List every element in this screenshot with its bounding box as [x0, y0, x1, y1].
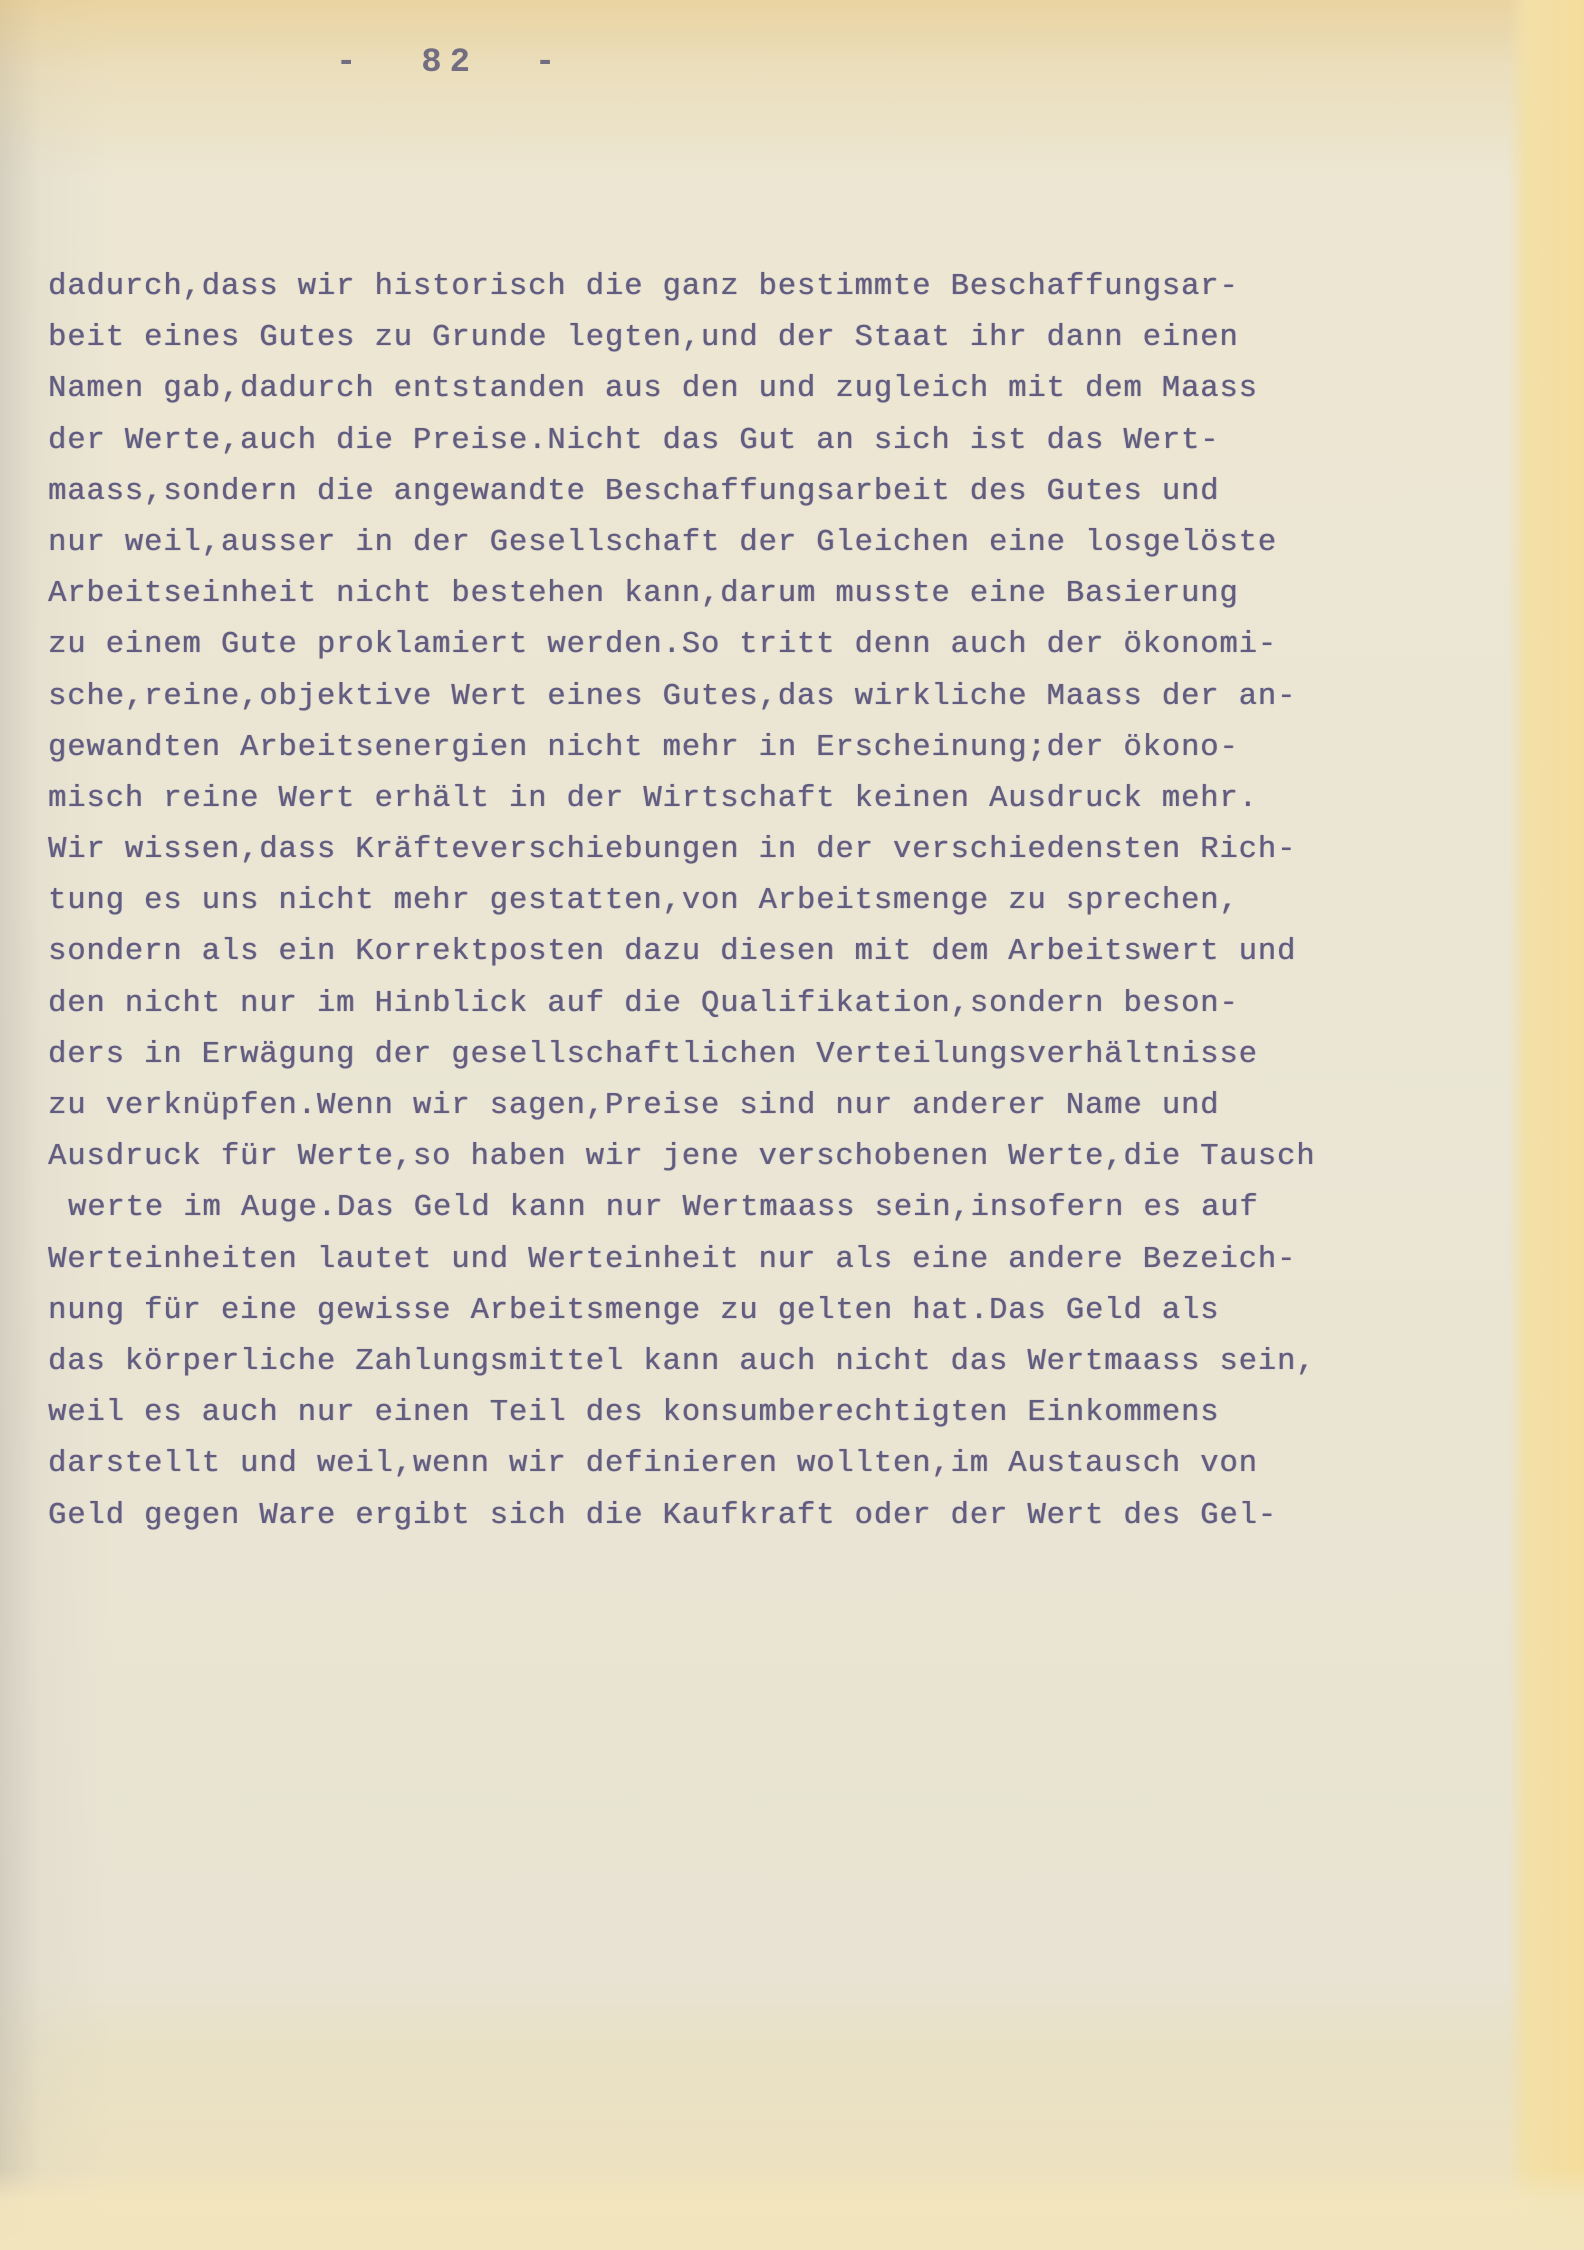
text-line: sondern als ein Korrektposten dazu diese…: [48, 927, 1568, 978]
text-line: sche,reine,objektive Wert eines Gutes,da…: [48, 672, 1568, 723]
text-line: Namen gab,dadurch entstanden aus den und…: [48, 364, 1568, 415]
text-line: nung für eine gewisse Arbeitsmenge zu ge…: [48, 1286, 1568, 1337]
text-line: den nicht nur im Hinblick auf die Qualif…: [48, 979, 1568, 1030]
text-line: maass,sondern die angewandte Beschaffung…: [48, 467, 1568, 518]
text-line: Arbeitseinheit nicht bestehen kann,darum…: [48, 569, 1568, 620]
paper-edge-bottom: [0, 2170, 1584, 2250]
text-line: weil es auch nur einen Teil des konsumbe…: [48, 1388, 1568, 1439]
text-line: ders in Erwägung der gesellschaftlichen …: [48, 1030, 1568, 1081]
text-line: Wir wissen,dass Kräfteverschiebungen in …: [48, 825, 1568, 876]
text-line: zu einem Gute proklamiert werden.So trit…: [48, 620, 1568, 671]
text-line: Geld gegen Ware ergibt sich die Kaufkraf…: [48, 1491, 1568, 1542]
text-line: Ausdruck für Werte,so haben wir jene ver…: [48, 1132, 1568, 1183]
page-number: - 82 -: [336, 44, 536, 82]
text-line: darstellt und weil,wenn wir definieren w…: [48, 1439, 1568, 1490]
text-line: der Werte,auch die Preise.Nicht das Gut …: [48, 416, 1568, 467]
typewritten-page: - 82 - dadurch,dass wir historisch die g…: [0, 0, 1584, 2250]
text-line: dadurch,dass wir historisch die ganz bes…: [48, 262, 1568, 313]
text-line: tung es uns nicht mehr gestatten,von Arb…: [48, 876, 1568, 927]
text-line: gewandten Arbeitsenergien nicht mehr in …: [48, 723, 1568, 774]
text-line: Werteinheiten lautet und Werteinheit nur…: [48, 1235, 1568, 1286]
text-line: das körperliche Zahlungsmittel kann auch…: [48, 1337, 1568, 1388]
text-line: nur weil,ausser in der Gesellschaft der …: [48, 518, 1568, 569]
text-line: zu verknüpfen.Wenn wir sagen,Preise sind…: [48, 1081, 1568, 1132]
body-text: dadurch,dass wir historisch die ganz bes…: [48, 262, 1568, 1542]
text-line: misch reine Wert erhält in der Wirtschaf…: [48, 774, 1568, 825]
text-line: werte im Auge.Das Geld kann nur Wertmaas…: [48, 1183, 1568, 1234]
text-line: beit eines Gutes zu Grunde legten,und de…: [48, 313, 1568, 364]
